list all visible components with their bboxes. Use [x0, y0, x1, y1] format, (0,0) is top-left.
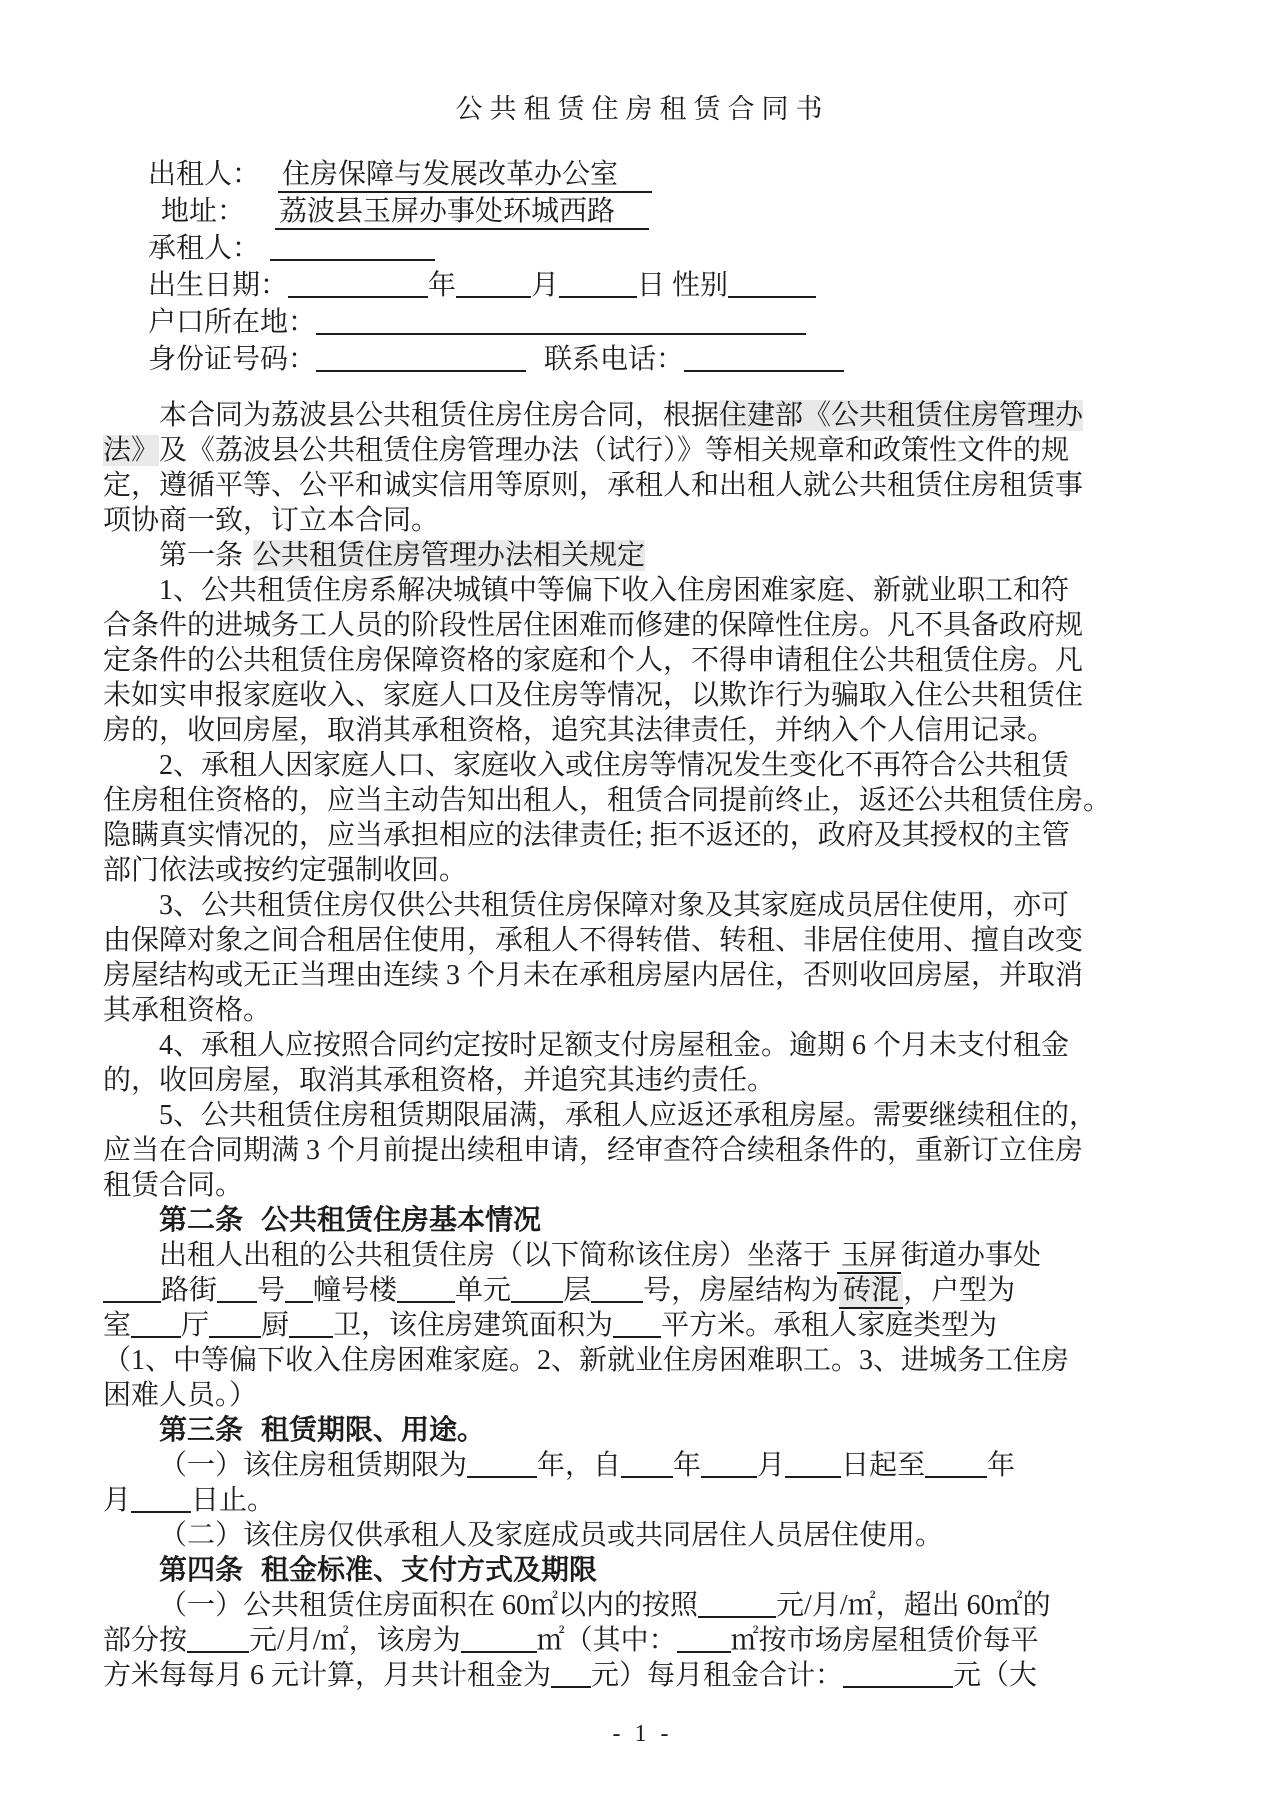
blank-underline	[925, 1448, 987, 1478]
text-segment: 房的，收回房屋，取消其承租资格，追究其法律责任，并纳入个人信用记录。	[103, 715, 1055, 746]
text-segment: 隐瞒真实情况的，应当承担相应的法律责任; 拒不返还的，政府及其授权的主管	[103, 820, 1070, 851]
blank-underline	[728, 268, 816, 298]
document-line: 租赁合同。	[103, 1168, 1182, 1203]
document-line: 项协商一致，订立本合同。	[103, 503, 1182, 538]
text-segment: 定条件的公共租赁住房保障资格的家庭和个人，不得申请租住公共租赁住房。凡	[103, 645, 1083, 676]
blank-underline	[316, 305, 806, 335]
blank-underline	[684, 342, 844, 372]
blank-underline	[698, 1588, 776, 1618]
document-line: 第二条公共租赁住房基本情况	[103, 1203, 1182, 1238]
blank-underline	[461, 1623, 537, 1653]
text-segment: 元（大	[953, 1660, 1037, 1691]
text-segment: 路街	[161, 1275, 217, 1306]
text-segment: 月	[531, 270, 559, 301]
document-line: 合条件的进城务工人员的阶段性居住困难而修建的保障性住房。凡不具备政府规	[103, 608, 1182, 643]
document-line: 应当在合同期满 3 个月前提出续租申请，经审查符合续租条件的，重新订立住房	[103, 1133, 1182, 1168]
document-line: （一）该住房租赁期限为年，自年月日起至年	[103, 1448, 1182, 1483]
document-line: 隐瞒真实情况的，应当承担相应的法律责任; 拒不返还的，政府及其授权的主管	[103, 818, 1182, 853]
text-segment: 层	[563, 1275, 591, 1306]
text-segment: 日止。	[191, 1485, 275, 1516]
document-line: 房的，收回房屋，取消其承租资格，追究其法律责任，并纳入个人信用记录。	[103, 713, 1182, 748]
blank-underline	[103, 1273, 161, 1303]
document-line: （二）该住房仅供承租人及家庭成员或共同居住人员居住使用。	[103, 1518, 1182, 1553]
text-segment: 2、承租人因家庭人口、家庭收入或住房等情况发生变化不再符合公共租赁	[159, 750, 1069, 781]
text-segment: 联系电话：	[544, 344, 684, 375]
blank-underline	[456, 268, 531, 298]
blank-underline	[559, 268, 637, 298]
document-line: 本合同为荔波县公共租赁住房住房合同，根据住建部《公共租赁住房管理办	[103, 398, 1182, 433]
text-segment: （二）该住房仅供承租人及家庭成员或共同居住人员居住使用。	[159, 1520, 943, 1551]
blank-underline	[621, 1448, 673, 1478]
document-line: 第三条租赁期限、用途。	[103, 1413, 1182, 1448]
text-segment: 项协商一致，订立本合同。	[103, 505, 439, 536]
blank-underline	[467, 1448, 537, 1478]
document-line: 困难人员。）	[103, 1378, 1182, 1413]
text-segment: 年	[987, 1450, 1015, 1481]
text-segment: 其承租资格。	[103, 995, 271, 1026]
document-line: 身份证号码：联系电话：	[103, 341, 1182, 378]
blank-underline	[551, 1658, 591, 1688]
spacer	[243, 563, 253, 564]
document-line: （一）公共租赁住房面积在 60㎡以内的按照元/月/㎡，超出 60㎡的	[103, 1588, 1182, 1623]
highlighted-text: 公共租赁住房管理办法相关规定	[253, 540, 645, 571]
document-line: 的，收回房屋，取消其承租资格，并追究其违约责任。	[103, 1063, 1182, 1098]
spacer	[260, 182, 278, 183]
text-segment: 身份证号码：	[148, 344, 316, 375]
text-segment: ㎡（其中：	[537, 1625, 677, 1656]
document-line: 其承租资格。	[103, 993, 1182, 1028]
text-segment: 本合同为荔波县公共租赁住房住房合同，根据	[159, 400, 719, 431]
text-segment: 租赁期限、用途。	[261, 1415, 485, 1446]
document-line: 4、承租人应按照合同约定按时足额支付房屋租金。逾期 6 个月未支付租金	[103, 1028, 1182, 1063]
text-segment: 元/月/㎡，该房为	[249, 1625, 461, 1656]
spacer	[526, 367, 544, 368]
text-segment: 困难人员。）	[103, 1380, 257, 1411]
text-segment: 的，收回房屋，取消其承租资格，并追究其违约责任。	[103, 1065, 775, 1096]
blank-underline	[270, 231, 435, 261]
blank-underline	[397, 1273, 455, 1303]
blank-underline	[316, 342, 526, 372]
page-number: - 1 -	[103, 1721, 1182, 1748]
document-title: 公共租赁住房租赁合同书	[103, 92, 1182, 126]
document-line: 未如实申报家庭收入、家庭人口及住房等情况，以欺诈行为骗取入住公共租赁住	[103, 678, 1182, 713]
text-segment: 月	[757, 1450, 785, 1481]
text-segment: 第四条	[159, 1555, 243, 1586]
text-segment: 公共租赁住房基本情况	[261, 1205, 541, 1236]
text-segment: （1、中等偏下收入住房困难家庭。2、新就业住房困难职工。3、进城务工住房	[103, 1345, 1069, 1376]
document-line: 部分按元/月/㎡，该房为㎡（其中：㎡按市场房屋租赁价每平	[103, 1623, 1182, 1658]
text-segment: ，户型为	[903, 1275, 1015, 1306]
text-segment: 第一条	[159, 540, 243, 571]
text-segment: 出租人出租的公共租赁住房（以下简称该住房）坐落于	[159, 1240, 831, 1271]
document-line: （1、中等偏下收入住房困难家庭。2、新就业住房困难职工。3、进城务工住房	[103, 1343, 1182, 1378]
document-line: 地址：荔波县玉屏办事处环城西路	[103, 193, 1182, 230]
contract-document-page: 公共租赁住房租赁合同书 出租人：住房保障与发展改革办公室地址：荔波县玉屏办事处环…	[0, 0, 1280, 1810]
text-segment: 年	[428, 270, 456, 301]
text-segment: 租金标准、支付方式及期限	[261, 1555, 597, 1586]
text-segment: 元）每月租金合计：	[591, 1660, 843, 1691]
text-segment: 号	[257, 1275, 285, 1306]
text-segment: 部分按	[103, 1625, 187, 1656]
spacer	[243, 1578, 261, 1579]
blank-underline	[613, 1308, 661, 1338]
text-segment: 年	[673, 1450, 701, 1481]
text-segment: 部门依法或按约定强制收回。	[103, 855, 467, 886]
document-line: 第一条公共租赁住房管理办法相关规定	[103, 538, 1182, 573]
header-fields: 出租人：住房保障与发展改革办公室地址：荔波县玉屏办事处环城西路承租人：出生日期：…	[103, 156, 1182, 378]
blank-underline	[131, 1483, 191, 1513]
text-segment: 平方米。承租人家庭类型为	[661, 1310, 997, 1341]
document-line: 路街号幢号楼单元层号，房屋结构为砖混，户型为	[103, 1273, 1182, 1308]
text-segment: 月	[103, 1485, 131, 1516]
document-line: 第四条租金标准、支付方式及期限	[103, 1553, 1182, 1588]
spacer	[245, 219, 275, 220]
document-line: 出生日期：年月日 性别	[103, 267, 1182, 304]
text-segment: 房屋结构或无正当理由连续 3 个月未在承租房屋内居住，否则收回房屋，并取消	[103, 960, 1083, 991]
document-line: 定条件的公共租赁住房保障资格的家庭和个人，不得申请租住公共租赁住房。凡	[103, 643, 1182, 678]
document-line: 1、公共租赁住房系解决城镇中等偏下收入住房困难家庭、新就业职工和符	[103, 573, 1182, 608]
text-segment: 室	[103, 1310, 131, 1341]
blank-underline	[131, 1308, 181, 1338]
text-segment: 出生日期：	[148, 270, 288, 301]
blank-underline	[843, 1658, 953, 1688]
blank-underline	[209, 1308, 261, 1338]
text-segment: 厨	[261, 1310, 289, 1341]
document-line: 出租人：住房保障与发展改革办公室	[103, 156, 1182, 193]
text-segment: 第二条	[159, 1205, 243, 1236]
document-line: 方米每每月 6 元计算，月共计租金为元）每月租金合计：元（大	[103, 1658, 1182, 1693]
document-line: 由保障对象之间合租居住使用，承租人不得转借、转租、非居住使用、擅自改变	[103, 923, 1182, 958]
blank-underline	[217, 1273, 257, 1303]
spacer	[260, 256, 270, 257]
text-segment: 4、承租人应按照合同约定按时足额支付房屋租金。逾期 6 个月未支付租金	[159, 1030, 1069, 1061]
text-segment: （一）公共租赁住房面积在 60㎡以内的按照	[159, 1590, 698, 1621]
blank-underline	[511, 1273, 563, 1303]
text-segment: 号，房屋结构为	[643, 1275, 839, 1306]
text-segment: 及《荔波县公共租赁住房管理办法（试行）》等相关规章和政策性文件的规	[159, 435, 1069, 466]
text-segment: 承租人：	[148, 233, 260, 264]
highlighted-text: 住建部《公共租赁住房管理办	[719, 400, 1083, 431]
document-line: 月日止。	[103, 1483, 1182, 1518]
document-line: 住房租住资格的，应当主动告知出租人，租赁合同提前终止，返还公共租赁住房。	[103, 783, 1182, 818]
text-segment: 方米每每月 6 元计算，月共计租金为	[103, 1660, 551, 1691]
text-segment: 住房租住资格的，应当主动告知出租人，租赁合同提前终止，返还公共租赁住房。	[103, 785, 1111, 816]
filled-underline-text: 砖混	[839, 1275, 903, 1309]
text-segment: 街道办事处	[901, 1240, 1041, 1271]
blank-underline	[289, 1308, 333, 1338]
text-segment: 年，自	[537, 1450, 621, 1481]
text-segment: 地址：	[161, 196, 245, 227]
blank-underline	[285, 1273, 313, 1303]
filled-underline-text: 荔波县玉屏办事处环城西路	[275, 196, 649, 230]
text-segment: 卫，该住房建筑面积为	[333, 1310, 613, 1341]
text-segment: 租赁合同。	[103, 1170, 243, 1201]
text-segment: 合条件的进城务工人员的阶段性居住困难而修建的保障性住房。凡不具备政府规	[103, 610, 1083, 641]
document-line: 3、公共租赁住房仅供公共租赁住房保障对象及其家庭成员居住使用，亦可	[103, 888, 1182, 923]
document-line: 室厅厨卫，该住房建筑面积为平方米。承租人家庭类型为	[103, 1308, 1182, 1343]
text-segment: 应当在合同期满 3 个月前提出续租申请，经审查符合续租条件的，重新订立住房	[103, 1135, 1083, 1166]
text-segment: 日起至	[841, 1450, 925, 1481]
text-segment: 出租人：	[148, 159, 260, 190]
text-segment: 1、公共租赁住房系解决城镇中等偏下收入住房困难家庭、新就业职工和符	[159, 575, 1069, 606]
text-segment: 厅	[181, 1310, 209, 1341]
text-segment: 幢号楼	[313, 1275, 397, 1306]
blank-underline	[591, 1273, 643, 1303]
text-segment: 未如实申报家庭收入、家庭人口及住房等情况，以欺诈行为骗取入住公共租赁住	[103, 680, 1083, 711]
text-segment: 单元	[455, 1275, 511, 1306]
text-segment: 由保障对象之间合租居住使用，承租人不得转借、转租、非居住使用、擅自改变	[103, 925, 1083, 956]
document-line: 定，遵循平等、公平和诚实信用等原则，承租人和出租人就公共租赁住房租赁事	[103, 468, 1182, 503]
text-segment: 日 性别	[637, 270, 728, 301]
highlighted-text: 法》	[103, 435, 159, 466]
blank-underline	[785, 1448, 841, 1478]
text-segment: 定，遵循平等、公平和诚实信用等原则，承租人和出租人就公共租赁住房租赁事	[103, 470, 1083, 501]
text-segment: 户口所在地：	[148, 307, 316, 338]
text-segment: ㎡按市场房屋租赁价每平	[731, 1625, 1039, 1656]
blank-underline	[677, 1623, 731, 1653]
document-line: 2、承租人因家庭人口、家庭收入或住房等情况发生变化不再符合公共租赁	[103, 748, 1182, 783]
text-segment: 3、公共租赁住房仅供公共租赁住房保障对象及其家庭成员居住使用，亦可	[159, 890, 1069, 921]
document-line: 承租人：	[103, 230, 1182, 267]
document-line: 户口所在地：	[103, 304, 1182, 341]
document-line: 部门依法或按约定强制收回。	[103, 853, 1182, 888]
document-line: 房屋结构或无正当理由连续 3 个月未在承租房屋内居住，否则收回房屋，并取消	[103, 958, 1182, 993]
spacer	[243, 1438, 261, 1439]
document-line: 出租人出租的公共租赁住房（以下简称该住房）坐落于玉屏街道办事处	[103, 1238, 1182, 1273]
blank-underline	[701, 1448, 757, 1478]
text-segment: （一）该住房租赁期限为	[159, 1450, 467, 1481]
document-line: 法》及《荔波县公共租赁住房管理办法（试行）》等相关规章和政策性文件的规	[103, 433, 1182, 468]
text-segment: 元/月/㎡，超出 60㎡的	[776, 1590, 1051, 1621]
document-line: 5、公共租赁住房租赁期限届满，承租人应返还承租房屋。需要继续租住的，	[103, 1098, 1182, 1133]
filled-underline-text: 住房保障与发展改革办公室	[278, 159, 652, 193]
text-segment: 5、公共租赁住房租赁期限届满，承租人应返还承租房屋。需要继续租住的，	[159, 1100, 1097, 1131]
blank-underline	[288, 268, 428, 298]
text-segment: 第三条	[159, 1415, 243, 1446]
spacer	[243, 1228, 261, 1229]
blank-underline	[187, 1623, 249, 1653]
contract-body: 本合同为荔波县公共租赁住房住房合同，根据住建部《公共租赁住房管理办法》及《荔波县…	[103, 398, 1182, 1693]
filled-underline-text: 玉屏	[837, 1240, 901, 1274]
